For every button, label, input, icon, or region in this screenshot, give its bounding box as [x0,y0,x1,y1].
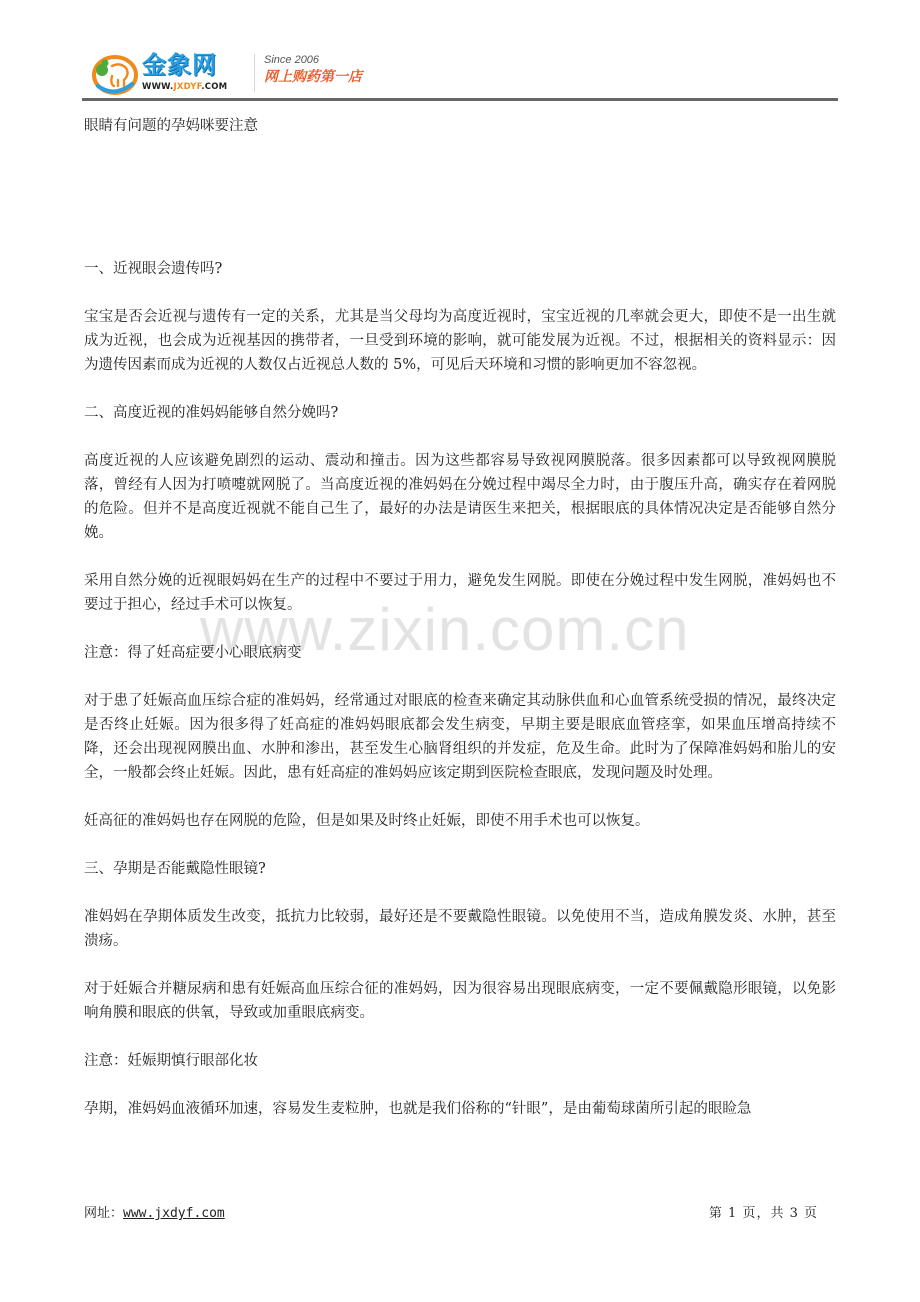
section-heading: 二、高度近视的准妈妈能够自然分娩吗? [84,401,836,425]
body-paragraph: 准妈妈在孕期体质发生改变，抵抗力比较弱，最好还是不要戴隐性眼镜。以免使用不当，造… [84,905,836,953]
body-paragraph: 对于患了妊娠高血压综合症的准妈妈，经常通过对眼底的检查来确定其动脉供血和心血管系… [84,689,836,785]
body-paragraph: 对于妊娠合并糖尿病和患有妊娠高血压综合征的准妈妈，因为很容易出现眼底病变，一定不… [84,977,836,1025]
body-paragraph: 采用自然分娩的近视眼妈妈在生产的过程中不要过于用力，避免发生网脱。即使在分娩过程… [84,569,836,617]
logo-url-prefix: WWW. [142,82,173,92]
footer-url: 网址：www.jxdyf.com [84,1204,225,1224]
tagline-text: 网上购药第一店 [264,67,362,87]
page-number: 第 1 页，共 3 页 [709,1204,818,1224]
body-paragraph: 妊高征的准妈妈也存在网脱的危险，但是如果及时终止妊娠，即使不用手术也可以恢复。 [84,809,836,833]
header-slogan: Since 2006 网上购药第一店 [264,54,362,87]
jxdyf-logo[interactable]: 金象网 WWW.JXDYF.COM [90,48,246,98]
footer-url-link[interactable]: www.jxdyf.com [123,1206,225,1221]
section-heading: 三、孕期是否能戴隐性眼镜? [84,857,836,881]
page-footer: 网址：www.jxdyf.com 第 1 页，共 3 页 [84,1204,818,1226]
logo-url-accent: JXDYF [173,82,201,92]
since-text: Since 2006 [264,54,362,67]
document-page: 金象网 WWW.JXDYF.COM Since 2006 网上购药第一店 www… [0,0,920,1302]
logo-url-suffix: .COM [201,82,227,92]
header-divider [254,54,255,92]
body-paragraph: 宝宝是否会近视与遗传有一定的关系，尤其是当父母均为高度近视时，宝宝近视的几率就会… [84,305,836,377]
section-heading: 一、近视眼会遗传吗? [84,257,836,281]
body-paragraph: 孕期，准妈妈血液循环加速，容易发生麦粒肿，也就是我们俗称的“针眼”，是由葡萄球菌… [84,1097,836,1121]
note-heading: 注意：得了妊高症要小心眼底病变 [84,641,836,665]
body-paragraph: 高度近视的人应该避免剧烈的运动、震动和撞击。因为这些都容易导致视网膜脱落。很多因… [84,449,836,545]
header-rule [82,98,838,101]
logo-brand-name: 金象网 [142,50,217,80]
page-header: 金象网 WWW.JXDYF.COM Since 2006 网上购药第一店 [84,46,840,98]
footer-url-label: 网址： [84,1206,123,1221]
document-body: 一、近视眼会遗传吗? 宝宝是否会近视与遗传有一定的关系，尤其是当父母均为高度近视… [84,257,836,1145]
document-title: 眼睛有问题的孕妈咪要注意 [84,116,258,136]
note-heading: 注意：妊娠期慎行眼部化妆 [84,1049,836,1073]
logo-url-text: WWW.JXDYF.COM [142,82,227,92]
elephant-mascot-icon [90,52,138,96]
